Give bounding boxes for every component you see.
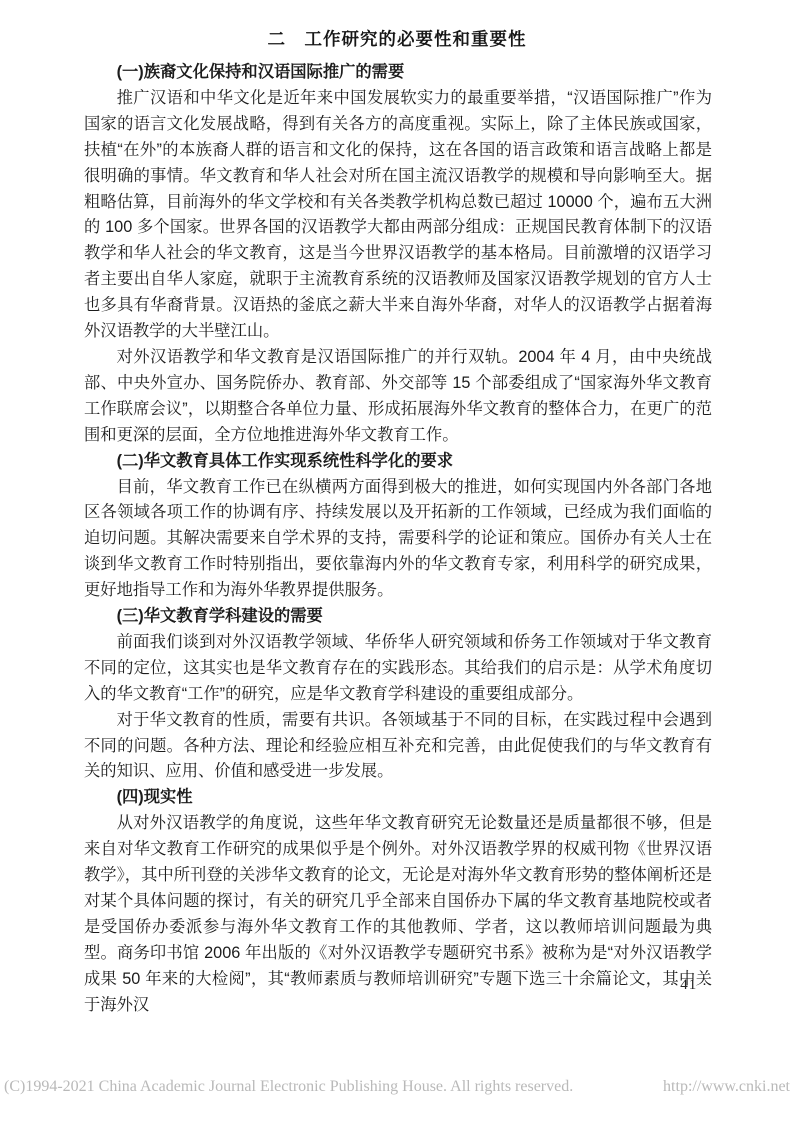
page-title: 二 工作研究的必要性和重要性	[0, 0, 794, 51]
copyright-text: (C)1994-2021 China Academic Journal Elec…	[4, 1078, 573, 1096]
watermark-footer: (C)1994-2021 China Academic Journal Elec…	[4, 1078, 790, 1096]
paragraph: 对外汉语教学和华文教育是汉语国际推广的并行双轨。2004 年 4 月，由中央统战…	[84, 345, 712, 449]
paragraph: 对于华文教育的性质，需要有共识。各领域基于不同的目标，在实践过程中会遇到不同的问…	[84, 708, 712, 786]
section-heading-2: (二)华文教育具体工作实现系统性科学化的要求	[84, 449, 712, 475]
section-heading-3: (三)华文教育学科建设的需要	[84, 604, 712, 630]
document-body: (一)族裔文化保持和汉语国际推广的需要 推广汉语和中华文化是近年来中国发展软实力…	[84, 60, 712, 1019]
paragraph: 目前，华文教育工作已在纵横两方面得到极大的推进，如何实现国内外各部门各地区各领域…	[84, 475, 712, 605]
section-heading-1: (一)族裔文化保持和汉语国际推广的需要	[84, 60, 712, 86]
page-number: · 41 ·	[670, 977, 709, 994]
section-heading-4: (四)现实性	[84, 785, 712, 811]
paragraph: 推广汉语和中华文化是近年来中国发展软实力的最重要举措，“汉语国际推广”作为国家的…	[84, 86, 712, 345]
document-page: 二 工作研究的必要性和重要性 (一)族裔文化保持和汉语国际推广的需要 推广汉语和…	[0, 0, 794, 1123]
footer-url: http://www.cnki.net	[663, 1078, 790, 1096]
paragraph: 从对外汉语教学的角度说，这些年华文教育研究无论数量还是质量都很不够，但是来自对华…	[84, 811, 712, 1018]
paragraph: 前面我们谈到对外汉语教学领域、华侨华人研究领域和侨务工作领域对于华文教育不同的定…	[84, 630, 712, 708]
